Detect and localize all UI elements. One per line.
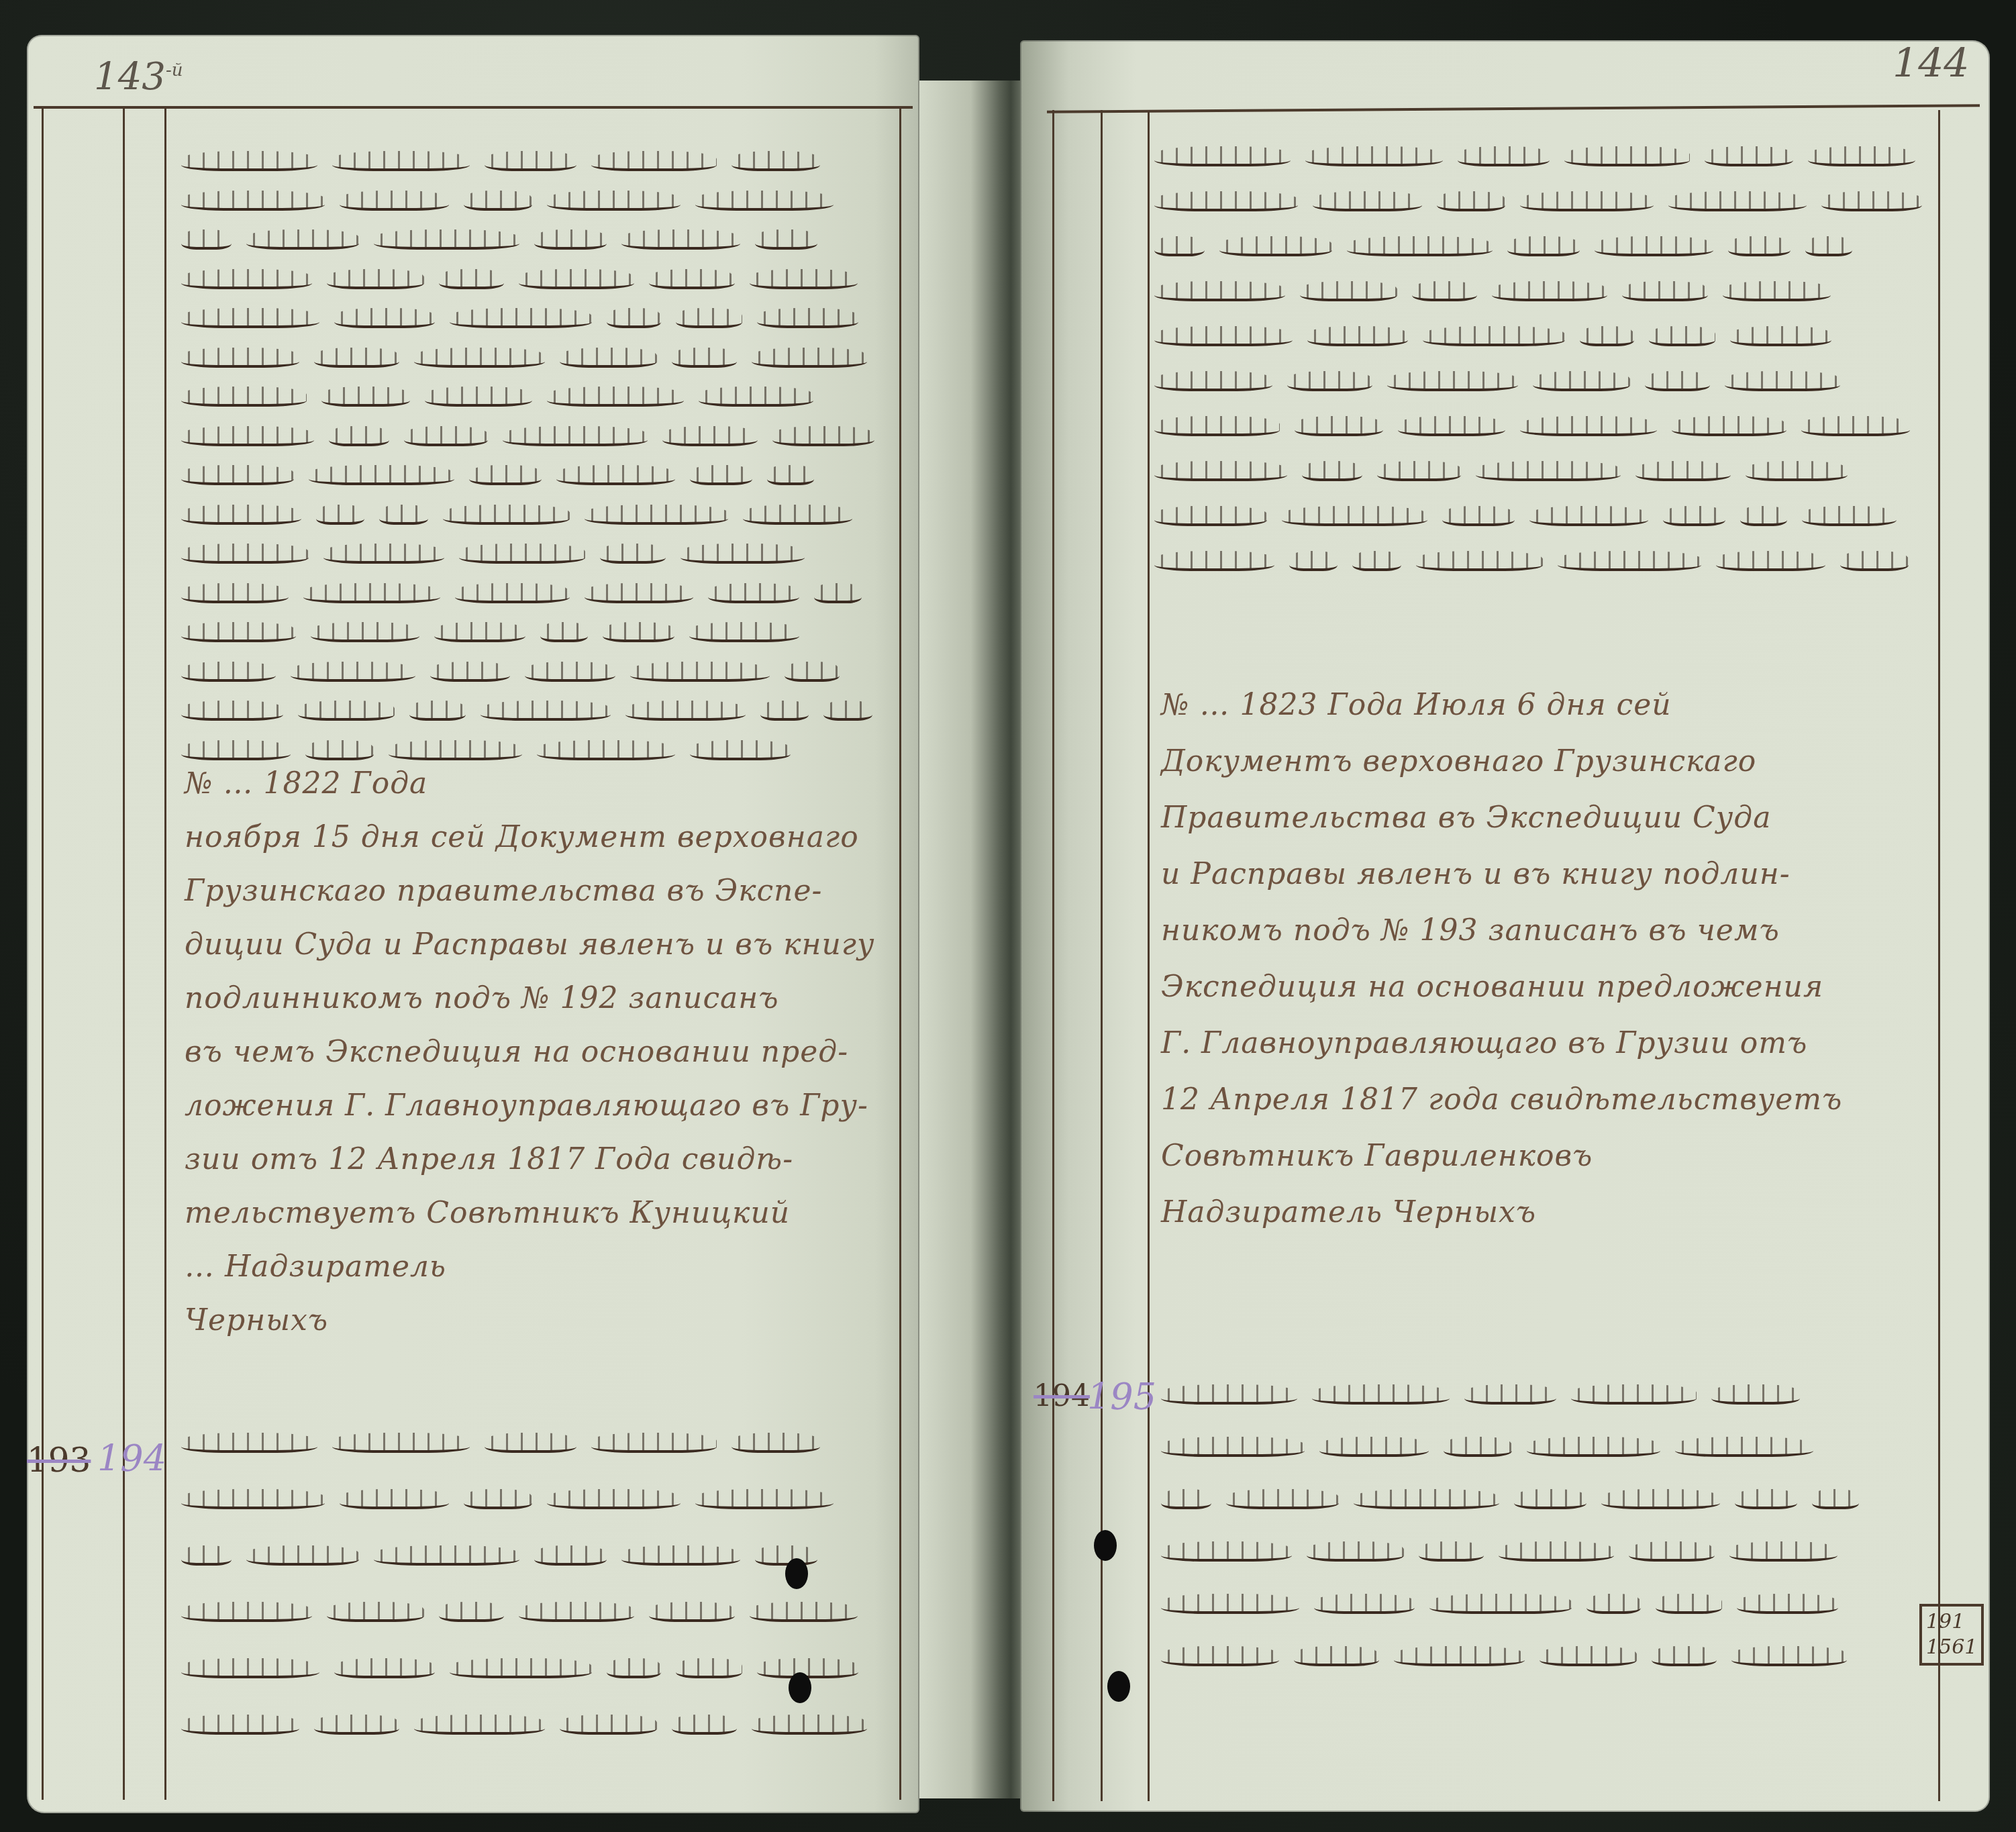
handwritten-word (414, 348, 545, 368)
handwritten-word (607, 1658, 661, 1678)
handwritten-word (1154, 416, 1280, 436)
georgian-text-line (1154, 407, 1926, 445)
handwritten-word (823, 701, 872, 721)
handwritten-word (181, 1489, 325, 1509)
binding-hole (785, 1558, 808, 1589)
handwritten-word (1314, 1594, 1415, 1614)
handwritten-word (314, 348, 399, 368)
handwritten-word (1398, 416, 1505, 436)
handwritten-word (181, 1715, 299, 1735)
russian-note-line: тельствуетъ Совѣтникъ Куницкий (185, 1196, 790, 1230)
georgian-text-line (181, 496, 886, 533)
handwritten-word (1622, 281, 1708, 301)
handwritten-word (1161, 1541, 1292, 1562)
handwritten-word (672, 348, 737, 368)
handwritten-word (1533, 371, 1630, 391)
russian-note-line: въ чемъ Экспедиция на основании пред- (185, 1035, 848, 1069)
handwritten-word (181, 269, 312, 289)
russian-note-line: зии отъ 12 Апреля 1817 Года свидѣ- (185, 1142, 793, 1176)
handwritten-word (379, 505, 428, 525)
handwritten-word (181, 1545, 232, 1566)
handwritten-word (1161, 1594, 1299, 1614)
handwritten-word (1161, 1384, 1297, 1405)
handwritten-word (181, 544, 309, 564)
handwritten-word (404, 426, 488, 446)
georgian-text-line (181, 535, 886, 572)
handwritten-word (1746, 461, 1848, 481)
handwritten-word (303, 583, 440, 603)
georgian-text-line (181, 142, 886, 180)
handwritten-word (540, 622, 588, 642)
page-number-right: 144 (1893, 40, 1970, 87)
handwritten-word (340, 1489, 449, 1509)
handwritten-word (1601, 1489, 1720, 1509)
handwritten-word (621, 230, 740, 250)
handwritten-word (814, 583, 862, 603)
handwritten-word (1802, 506, 1897, 526)
handwritten-word (1307, 326, 1408, 346)
handwritten-word (757, 308, 858, 328)
handwritten-word (556, 465, 675, 485)
handwritten-word (1649, 326, 1715, 346)
handwritten-word (591, 1433, 717, 1453)
handwritten-word (1564, 146, 1690, 166)
handwritten-word (181, 583, 289, 603)
handwritten-word (334, 308, 435, 328)
handwritten-word (649, 1602, 735, 1622)
handwritten-word (1729, 1541, 1837, 1562)
handwritten-word (1464, 1384, 1556, 1405)
russian-note-line: Грузинскаго правительства въ Экспе- (185, 874, 822, 908)
binding-hole (789, 1672, 811, 1703)
handwritten-word (1412, 281, 1477, 301)
handwritten-word (1728, 236, 1791, 256)
handwritten-word (1387, 371, 1518, 391)
binding-hole (1107, 1671, 1130, 1702)
handwritten-word (1302, 461, 1362, 481)
handwritten-word (585, 583, 693, 603)
handwritten-word (181, 1658, 319, 1678)
handwritten-word (603, 622, 674, 642)
georgian-text-line (1154, 452, 1926, 490)
handwritten-word (443, 505, 570, 525)
handwritten-word (757, 1658, 858, 1678)
handwritten-word (1161, 1437, 1305, 1457)
handwritten-word (323, 544, 444, 564)
handwritten-word (1312, 1384, 1450, 1405)
handwritten-word (434, 622, 525, 642)
handwritten-word (607, 308, 661, 328)
handwritten-word (1294, 1646, 1379, 1666)
handwritten-word (560, 1715, 657, 1735)
column-rule (123, 109, 125, 1800)
handwritten-word (534, 1545, 607, 1566)
handwritten-word (1416, 551, 1543, 571)
handwritten-word (181, 230, 232, 250)
handwritten-word (732, 151, 820, 171)
handwritten-word (374, 1545, 519, 1566)
handwritten-word (1154, 191, 1298, 211)
handwritten-word (1740, 506, 1787, 526)
handwritten-word (1520, 416, 1657, 436)
handwritten-word (389, 740, 522, 760)
handwritten-word (181, 151, 317, 171)
handwritten-word (246, 1545, 359, 1566)
handwritten-word (334, 1658, 435, 1678)
handwritten-word (1437, 191, 1505, 211)
russian-note-line: подлинникомъ подъ № 192 записанъ (185, 981, 779, 1015)
georgian-text-line (181, 1537, 886, 1574)
column-rule (42, 109, 44, 1800)
russian-note-line: № … 1823 Года Июля 6 дня сей (1161, 688, 1672, 722)
russian-note-line: Г. Главноуправляющаго въ Грузии отъ (1161, 1026, 1807, 1060)
handwritten-word (1161, 1646, 1279, 1666)
handwritten-word (1571, 1384, 1697, 1405)
handwritten-word (1354, 1489, 1499, 1509)
handwritten-word (1629, 1541, 1715, 1562)
handwritten-word (1295, 416, 1383, 436)
handwritten-word (1711, 1384, 1800, 1405)
handwritten-word (547, 191, 681, 211)
entry-number-old: 193 (27, 1441, 91, 1480)
handwritten-word (455, 583, 570, 603)
left-page: 143-й № … 1822 Годаноября 15 дня сей Док… (27, 35, 919, 1813)
handwritten-word (1282, 506, 1427, 526)
russian-note-line: никомъ подъ № 193 записанъ въ чемъ (1161, 913, 1780, 948)
handwritten-word (1442, 506, 1515, 526)
handwritten-word (560, 348, 657, 368)
russian-note-line: Совѣтникъ Гавриленковъ (1161, 1139, 1593, 1173)
handwritten-word (1499, 1541, 1614, 1562)
handwritten-word (1520, 191, 1654, 211)
handwritten-word (662, 426, 758, 446)
handwritten-word (1580, 326, 1634, 346)
russian-note-line: Черныхъ (185, 1303, 328, 1337)
handwritten-word (1645, 371, 1710, 391)
georgian-text-line (181, 417, 886, 455)
handwritten-word (1226, 1489, 1339, 1509)
handwritten-word (1656, 1594, 1722, 1614)
handwritten-word (1154, 461, 1287, 481)
column-rule (1148, 110, 1150, 1801)
handwritten-word (314, 1715, 399, 1735)
georgian-text-line (181, 182, 886, 219)
column-rule (164, 109, 166, 1800)
russian-note-line: 12 Апреля 1817 года свидѣтельствуетъ (1161, 1082, 1842, 1117)
column-rule (1938, 110, 1940, 1801)
handwritten-word (1287, 371, 1372, 391)
handwritten-word (481, 701, 611, 721)
handwritten-word (1514, 1489, 1586, 1509)
handwritten-word (181, 387, 307, 407)
handwritten-word (298, 701, 395, 721)
handwritten-word (469, 465, 542, 485)
georgian-text-line (1154, 362, 1926, 400)
boxed-annotation: 191 1561 (1919, 1604, 1984, 1666)
handwritten-word (329, 426, 389, 446)
handwritten-word (1801, 416, 1910, 436)
handwritten-word (1154, 551, 1274, 571)
handwritten-word (311, 622, 419, 642)
handwritten-word (181, 701, 283, 721)
handwritten-word (1429, 1594, 1572, 1614)
georgian-text-line (181, 1480, 886, 1518)
handwritten-word (1737, 1594, 1838, 1614)
handwritten-word (708, 583, 799, 603)
top-rule (1047, 104, 1980, 113)
handwritten-word (181, 1433, 317, 1453)
russian-note-line: диции Суда и Расправы явленъ и въ книгу (185, 927, 875, 962)
handwritten-word (676, 1658, 742, 1678)
handwritten-word (1731, 1646, 1847, 1666)
handwritten-word (503, 426, 648, 446)
handwritten-word (519, 1602, 634, 1622)
handwritten-word (1730, 326, 1831, 346)
handwritten-word (621, 1545, 740, 1566)
georgian-text-line (181, 574, 886, 612)
georgian-text-line (1161, 1585, 1919, 1623)
handwritten-word (752, 348, 867, 368)
handwritten-word (1300, 281, 1397, 301)
handwritten-word (439, 269, 504, 289)
georgian-text-line (1154, 138, 1926, 175)
handwritten-word (630, 662, 770, 682)
column-rule (899, 109, 901, 1800)
handwritten-word (181, 662, 276, 682)
handwritten-word (695, 191, 834, 211)
handwritten-word (519, 269, 634, 289)
georgian-text-line (181, 260, 886, 298)
handwritten-word (525, 662, 615, 682)
handwritten-word (1812, 1489, 1859, 1509)
russian-note-line: ноября 15 дня сей Документ верховнаго (185, 820, 859, 854)
handwritten-word (1705, 146, 1793, 166)
handwritten-word (1507, 236, 1580, 256)
handwritten-word (649, 269, 735, 289)
handwritten-word (430, 662, 510, 682)
handwritten-word (1154, 326, 1293, 346)
russian-note-line: … Надзиратель (185, 1250, 446, 1284)
handwritten-word (340, 191, 449, 211)
handwritten-word (1663, 506, 1725, 526)
handwritten-word (1805, 236, 1852, 256)
handwritten-word (1821, 191, 1922, 211)
handwritten-word (534, 230, 607, 250)
handwritten-word (681, 544, 805, 564)
handwritten-word (305, 740, 374, 760)
handwritten-word (1289, 551, 1338, 571)
entry-number-new: 195 (1087, 1376, 1156, 1418)
georgian-text-line (181, 378, 886, 415)
handwritten-word (1154, 281, 1285, 301)
binding-hole (1094, 1530, 1117, 1561)
russian-note-line: ложения Г. Главноуправляющаго въ Гру- (185, 1088, 868, 1123)
handwritten-word (181, 308, 319, 328)
right-page: 144 № … 1823 Года Июля 6 дня сейДокумент… (1020, 40, 1990, 1812)
handwritten-word (485, 1433, 576, 1453)
handwritten-word (181, 348, 299, 368)
handwritten-word (1423, 326, 1565, 346)
handwritten-word (1352, 551, 1401, 571)
handwritten-word (1154, 146, 1291, 166)
georgian-text-line (1154, 183, 1926, 220)
handwritten-word (1527, 1437, 1660, 1457)
russian-note-line: и Расправы явленъ и въ книгу подлин- (1161, 857, 1791, 891)
georgian-text-line (181, 299, 886, 337)
handwritten-word (309, 465, 454, 485)
georgian-text-line (181, 456, 886, 494)
handwritten-word (181, 426, 314, 446)
handwritten-word (672, 1715, 737, 1735)
handwritten-word (1716, 551, 1825, 571)
handwritten-word (755, 230, 817, 250)
handwritten-word (332, 151, 470, 171)
handwritten-word (591, 151, 717, 171)
georgian-text-line (1161, 1376, 1919, 1413)
handwritten-word (181, 622, 296, 642)
handwritten-word (1377, 461, 1461, 481)
handwritten-word (1444, 1437, 1512, 1457)
handwritten-word (1595, 236, 1713, 256)
handwritten-word (1725, 371, 1840, 391)
handwritten-word (321, 387, 410, 407)
handwritten-word (374, 230, 519, 250)
handwritten-word (459, 544, 585, 564)
handwritten-word (1586, 1594, 1641, 1614)
handwritten-word (1723, 281, 1831, 301)
georgian-text-line (1154, 542, 1926, 580)
handwritten-word (695, 1489, 834, 1509)
handwritten-word (755, 1545, 817, 1566)
handwritten-word (450, 1658, 592, 1678)
georgian-text-line (1161, 1637, 1919, 1675)
georgian-text-line (1161, 1480, 1919, 1518)
handwritten-word (600, 544, 666, 564)
handwritten-word (1305, 146, 1443, 166)
georgian-text-line (1154, 227, 1926, 265)
handwritten-word (767, 465, 814, 485)
handwritten-word (760, 701, 809, 721)
georgian-text-line (181, 731, 886, 769)
handwritten-word (1672, 416, 1786, 436)
handwritten-word (181, 465, 294, 485)
handwritten-word (1319, 1437, 1429, 1457)
georgian-text-line (1154, 317, 1926, 355)
handwritten-word (625, 701, 746, 721)
handwritten-word (785, 662, 840, 682)
georgian-text-line (1161, 1533, 1919, 1570)
georgian-text-line (1154, 272, 1926, 310)
handwritten-word (1635, 461, 1731, 481)
handwritten-word (425, 387, 532, 407)
handwritten-word (181, 191, 325, 211)
handwritten-word (316, 505, 364, 525)
handwritten-word (1735, 1489, 1797, 1509)
handwritten-word (1808, 146, 1915, 166)
georgian-text-line (1161, 1428, 1919, 1466)
russian-note-line: Документъ верховнаго Грузинскаго (1161, 744, 1756, 778)
column-rule (1052, 110, 1054, 1801)
handwritten-word (1476, 461, 1621, 481)
handwritten-word (1458, 146, 1550, 166)
handwritten-word (1668, 191, 1807, 211)
handwritten-word (1219, 236, 1332, 256)
handwritten-word (1840, 551, 1909, 571)
page-number-left: 143-й (94, 55, 183, 99)
russian-note-line: Правительства въ Экспедиции Суда (1161, 801, 1771, 835)
handwritten-word (752, 1715, 867, 1735)
handwritten-word (585, 505, 728, 525)
handwritten-word (690, 740, 791, 760)
georgian-text-line (181, 692, 886, 729)
handwritten-word (409, 701, 466, 721)
georgian-text-line (181, 1706, 886, 1743)
entry-number-new: 194 (97, 1437, 166, 1480)
georgian-text-line (181, 1649, 886, 1687)
handwritten-word (1347, 236, 1493, 256)
handwritten-word (772, 426, 874, 446)
handwritten-word (750, 269, 858, 289)
handwritten-word (547, 387, 684, 407)
russian-note-line: № … 1822 Года (185, 766, 427, 801)
georgian-text-line (181, 221, 886, 258)
handwritten-word (1154, 236, 1205, 256)
handwritten-word (690, 465, 752, 485)
russian-note-line: Экспедиция на основании предложения (1161, 970, 1823, 1004)
handwritten-word (1307, 1541, 1404, 1562)
georgian-text-line (181, 613, 886, 651)
handwritten-word (1154, 506, 1267, 526)
handwritten-word (1154, 371, 1272, 391)
entry-number-old: 194 (1034, 1379, 1090, 1413)
handwritten-word (1161, 1489, 1211, 1509)
handwritten-word (750, 1602, 858, 1622)
handwritten-word (699, 387, 813, 407)
book-gutter (919, 81, 1034, 1798)
handwritten-word (246, 230, 359, 250)
georgian-text-line (1154, 497, 1926, 535)
handwritten-word (1313, 191, 1422, 211)
handwritten-word (1492, 281, 1607, 301)
handwritten-word (181, 740, 291, 760)
handwritten-word (181, 505, 301, 525)
georgian-text-line (181, 653, 886, 691)
handwritten-word (1540, 1646, 1637, 1666)
handwritten-word (1394, 1646, 1525, 1666)
handwritten-word (1675, 1437, 1813, 1457)
handwritten-word (1558, 551, 1701, 571)
handwritten-word (450, 308, 592, 328)
georgian-text-line (181, 1593, 886, 1631)
handwritten-word (1419, 1541, 1484, 1562)
georgian-text-line (181, 339, 886, 376)
handwritten-word (327, 269, 424, 289)
handwritten-word (743, 505, 852, 525)
handwritten-word (464, 1489, 532, 1509)
handwritten-word (291, 662, 415, 682)
handwritten-word (485, 151, 576, 171)
handwritten-word (1529, 506, 1648, 526)
handwritten-word (332, 1433, 470, 1453)
handwritten-word (676, 308, 742, 328)
handwritten-word (1652, 1646, 1717, 1666)
handwritten-word (537, 740, 675, 760)
russian-note-line: Надзиратель Черныхъ (1161, 1195, 1536, 1229)
handwritten-word (439, 1602, 504, 1622)
handwritten-word (464, 191, 532, 211)
handwritten-word (547, 1489, 681, 1509)
georgian-text-line (181, 1424, 886, 1462)
